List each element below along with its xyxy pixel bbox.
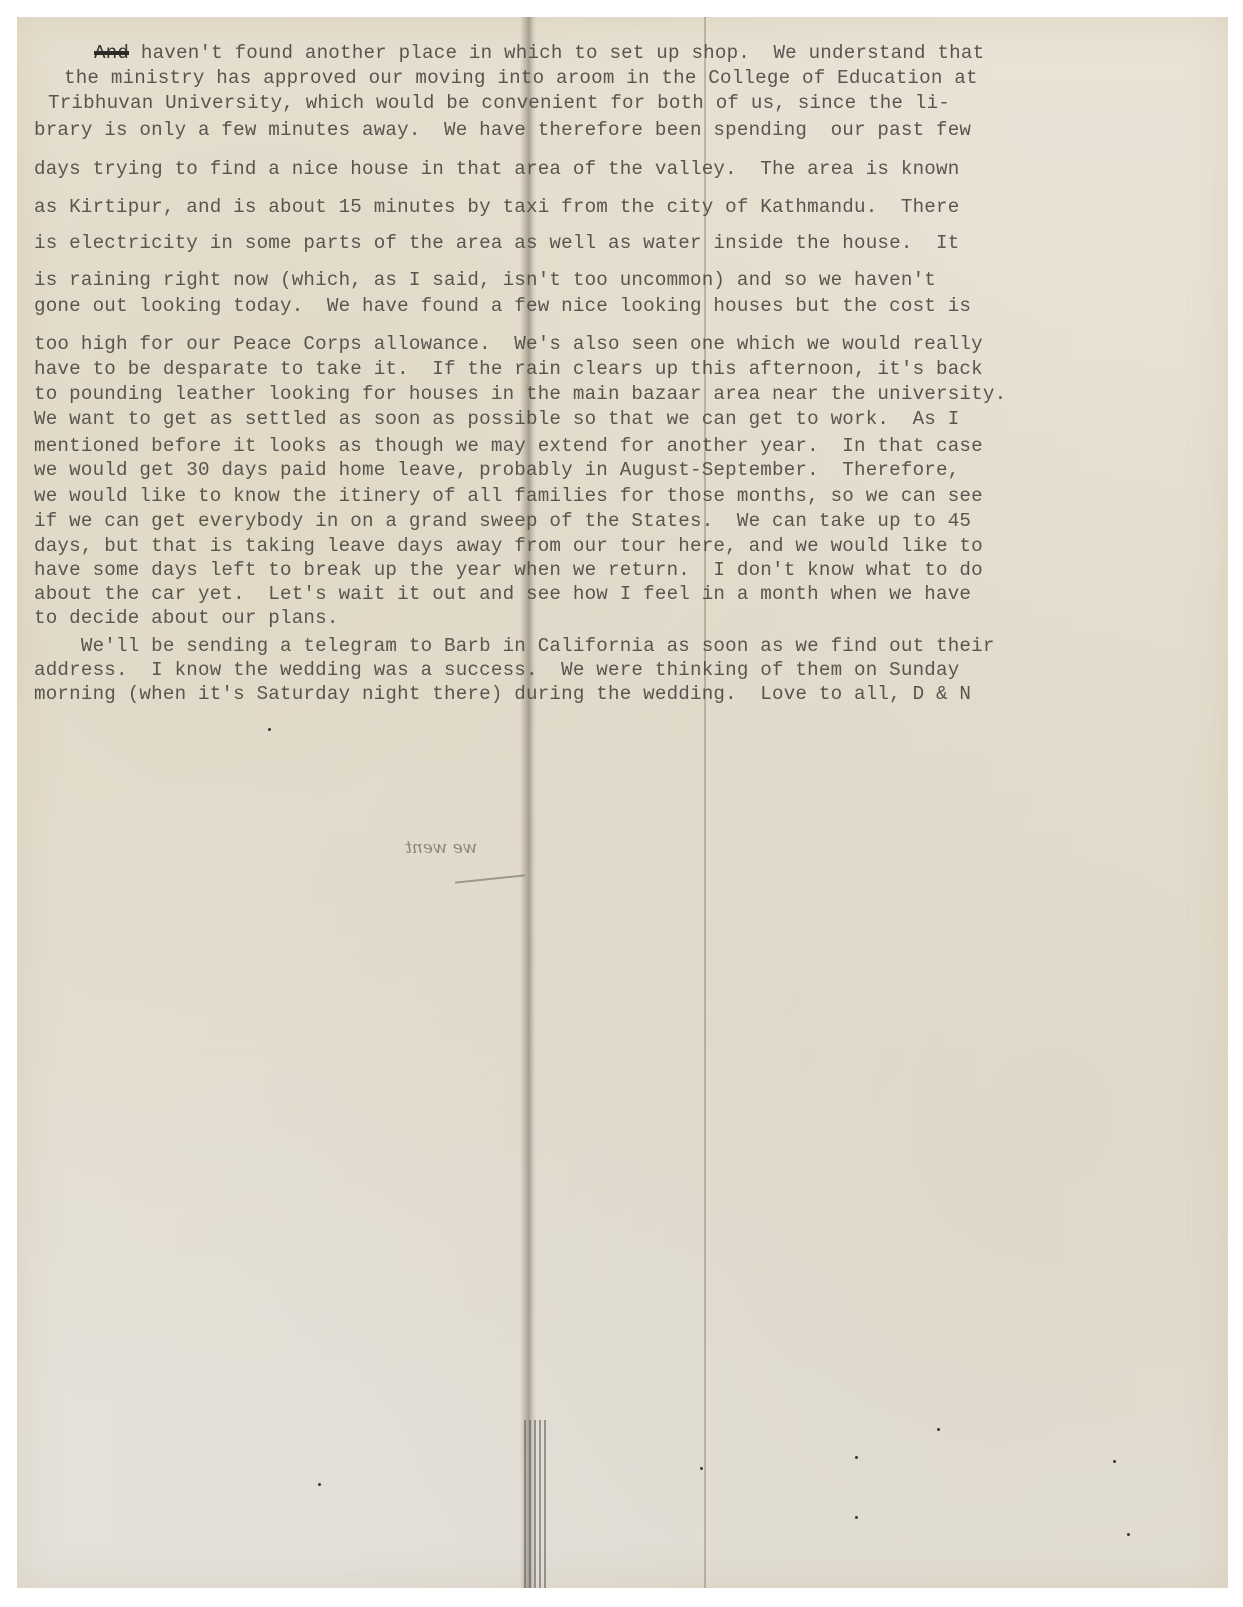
ink-speck: [855, 1456, 858, 1459]
letter-body: And haven't found another place in which…: [34, 42, 1114, 592]
letter-line: have to be desparate to take it. If the …: [34, 358, 983, 380]
letter-line: we would like to know the itinery of all…: [34, 485, 983, 507]
ink-speck: [318, 1483, 321, 1486]
letter-line: the ministry has approved our moving int…: [64, 67, 978, 89]
letter-line: Tribhuvan University, which would be con…: [48, 92, 950, 114]
letter-line: to decide about our plans.: [34, 607, 339, 629]
struck-out-word: And: [94, 42, 129, 64]
letter-closing-line: morning (when it's Saturday night there)…: [34, 683, 971, 705]
letter-line: about the car yet. Let's wait it out and…: [34, 583, 971, 605]
ink-speck: [268, 728, 271, 731]
letter-line: if we can get everybody in on a grand sw…: [34, 510, 971, 532]
letter-line: days trying to find a nice house in that…: [34, 158, 959, 180]
letter-line: brary is only a few minutes away. We hav…: [34, 119, 971, 141]
ink-speck: [1127, 1533, 1130, 1536]
ink-speck: [1113, 1460, 1116, 1463]
letter-paragraph-start: We'll be sending a telegram to Barb in C…: [34, 635, 995, 657]
letter-line: address. I know the wedding was a succes…: [34, 659, 959, 681]
letter-line: as Kirtipur, and is about 15 minutes by …: [34, 196, 959, 218]
letter-line: is electricity in some parts of the area…: [34, 232, 959, 254]
letter-line: We want to get as settled as soon as pos…: [34, 408, 959, 430]
letter-line: And haven't found another place in which…: [94, 42, 984, 64]
handwritten-note-mirrored: we went: [405, 838, 477, 858]
letter-line: is raining right now (which, as I said, …: [34, 269, 936, 291]
letter-line: mentioned before it looks as though we m…: [34, 435, 983, 457]
letter-line: to pounding leather looking for houses i…: [34, 383, 1006, 405]
letter-line: gone out looking today. We have found a …: [34, 295, 971, 317]
ink-speck: [937, 1428, 940, 1431]
letter-line: too high for our Peace Corps allowance. …: [34, 333, 983, 355]
letter-line: days, but that is taking leave days away…: [34, 535, 983, 557]
letter-line: we would get 30 days paid home leave, pr…: [34, 459, 959, 481]
ink-speck: [700, 1467, 703, 1470]
ink-speck: [855, 1516, 858, 1519]
letter-line: have some days left to break up the year…: [34, 559, 983, 581]
fold-wear-bottom: [524, 1420, 546, 1588]
